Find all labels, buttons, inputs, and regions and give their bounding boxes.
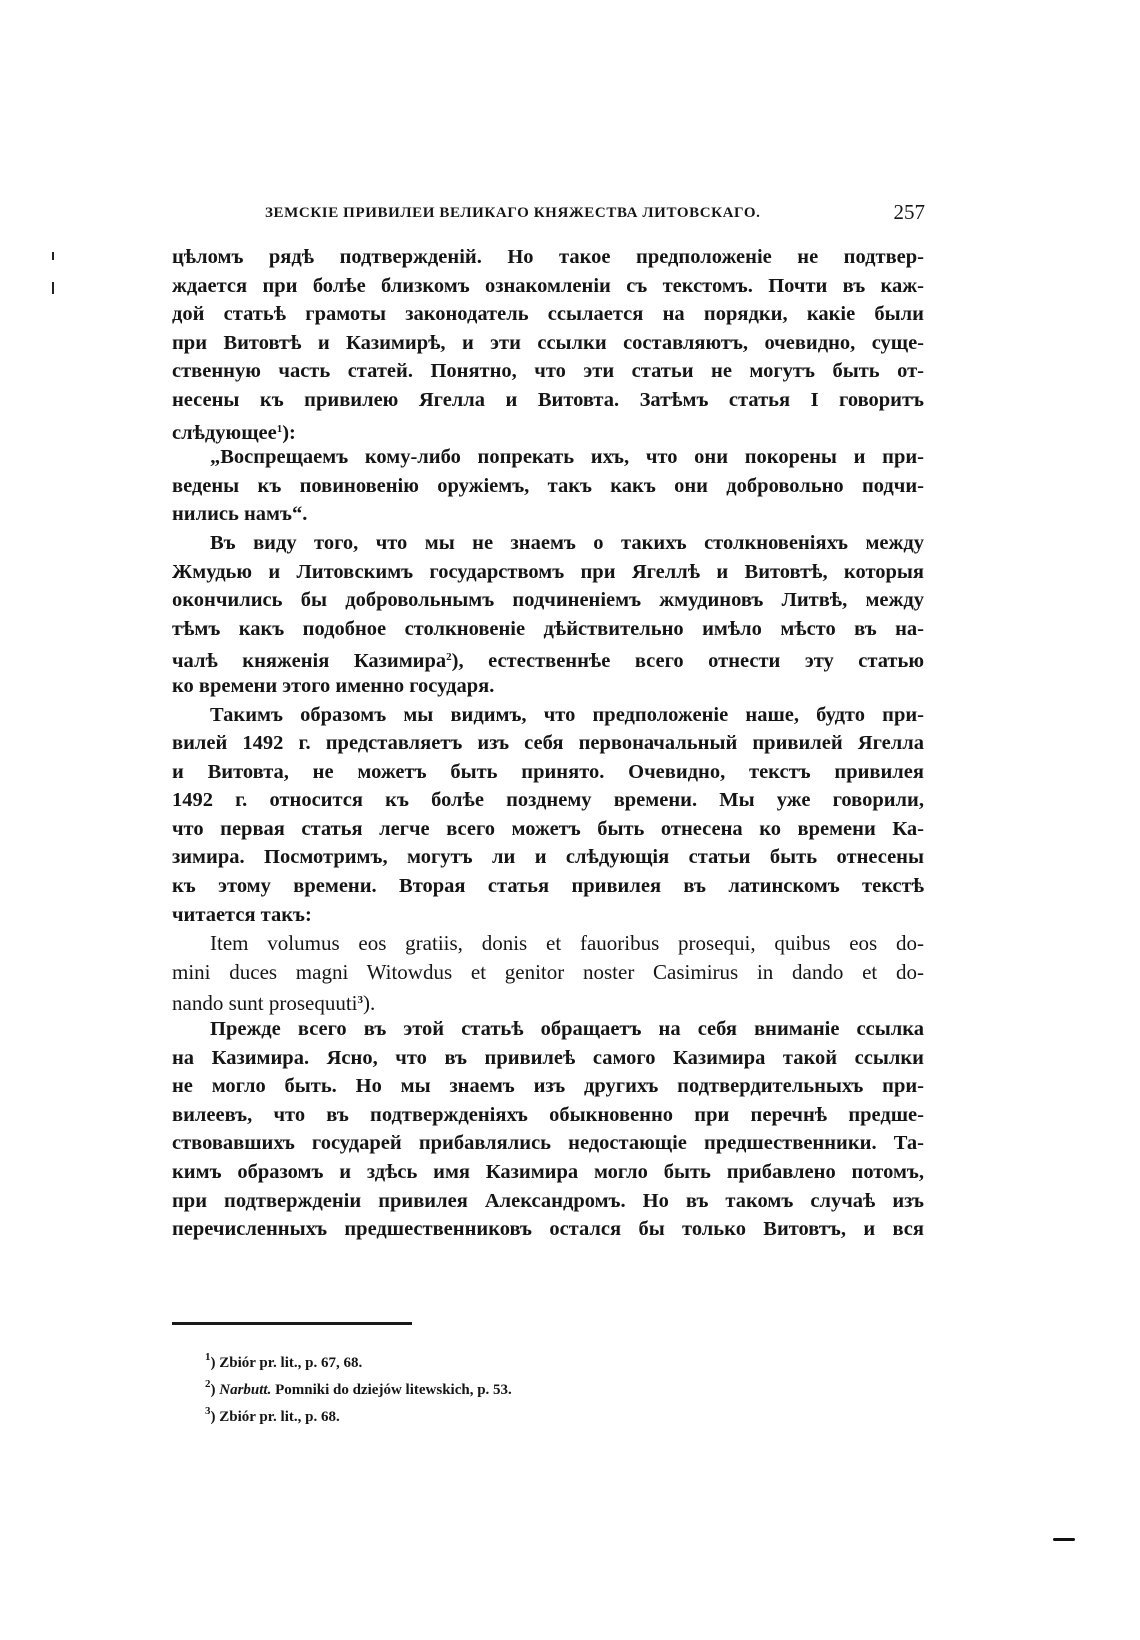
text-line: Въ виду того, что мы не знаемъ о такихъ … [172,529,924,558]
text-line: несены къ привилею Ягелла и Витовта. Зат… [172,386,924,415]
line-text: mini duces magni Witowdus et genitor nos… [172,960,924,984]
line-text: 1492 г. относится къ болѣе позднему врем… [172,789,924,811]
line-text: при подтвержденіи привилея Александромъ.… [172,1190,924,1212]
line-text: ведены къ повиновенію оружіемъ, такъ как… [172,475,924,497]
line-text: слѣдующее [172,422,277,444]
text-line: что первая статья легче всего можетъ быт… [172,815,924,844]
text-line: ведены къ повиновенію оружіемъ, такъ как… [172,472,924,501]
line-text: ): [282,422,296,444]
margin-mark [52,282,54,294]
line-text: Жмудью и Литовскимъ государствомъ при Яг… [172,561,924,583]
footnotes: 1) Zbiór pr. lit., p. 67, 68.2) Narbutt.… [205,1347,512,1428]
line-text: кимъ образомъ и здѣсь имя Казимира могло… [172,1161,924,1183]
margin-mark [52,252,54,260]
footnote-author: Narbutt. [219,1382,271,1398]
text-line: чалѣ княженія Казимира2), естественнѣе в… [172,643,924,672]
text-line: Такимъ образомъ мы видимъ, что предполож… [172,701,924,730]
text-line: зимира. Посмотримъ, могутъ ли и слѣдующі… [172,843,924,872]
line-text: тѣмъ какъ подобное столкновеніе дѣйствит… [172,618,924,640]
text-line: при подтвержденіи привилея Александромъ.… [172,1187,924,1216]
line-text: что первая статья легче всего можетъ быт… [172,818,924,840]
line-text: къ этому времени. Вторая статья привилея… [172,875,924,897]
text-line: цѣломъ рядѣ подтвержденій. Но такое пред… [172,243,924,272]
text-line: Прежде всего въ этой статьѣ обращаетъ на… [172,1015,924,1044]
text-line: читается такъ: [172,901,924,930]
line-text: ственную часть статей. Понятно, что эти … [172,360,924,382]
footnote-marker: 2) [205,1382,219,1398]
text-line: тѣмъ какъ подобное столкновеніе дѣйствит… [172,615,924,644]
text-line: при Витовтѣ и Казимирѣ, и эти ссылки сос… [172,329,924,358]
footnote-marker: 1) [205,1355,219,1371]
text-line: перечисленныхъ предшественниковъ остался… [172,1215,924,1244]
text-line: дой статьѣ грамоты законодатель ссылаетс… [172,300,924,329]
footnote: 3) Zbiór pr. lit., p. 68. [205,1401,512,1428]
text-line: nando sunt prosequuti3). [172,986,924,1015]
text-line: Жмудью и Литовскимъ государствомъ при Яг… [172,558,924,587]
scan-mark [1053,1538,1075,1541]
text-line: mini duces magni Witowdus et genitor nos… [172,958,924,987]
footnote-text: Zbiór pr. lit., p. 68. [219,1409,339,1425]
line-text: Item volumus eos gratiis, donis et fauor… [210,931,924,955]
line-text: и Витовта, не можетъ быть принято. Очеви… [172,761,924,783]
page-number: 257 [894,200,926,225]
line-text: не могло быть. Но мы знаемъ изъ другихъ … [172,1075,924,1097]
text-line: вилеевъ, что въ подтвержденіяхъ обыкнове… [172,1101,924,1130]
line-text: зимира. Посмотримъ, могутъ ли и слѣдующі… [172,846,924,868]
line-text: читается такъ: [172,904,312,926]
footnote-divider [172,1322,412,1325]
text-line: вилей 1492 г. представляетъ изъ себя пер… [172,729,924,758]
text-line: ждается при болѣе близкомъ ознакомленіи … [172,272,924,301]
footnote-text: Pomniki do dziejów litewskich, p. 53. [271,1382,511,1398]
line-text: при Витовтѣ и Казимирѣ, и эти ссылки сос… [172,332,924,354]
line-text: Прежде всего въ этой статьѣ обращаетъ на… [210,1018,924,1040]
footnote: 1) Zbiór pr. lit., p. 67, 68. [205,1347,512,1374]
footnote-marker: 3) [205,1409,219,1425]
text-line: кимъ образомъ и здѣсь имя Казимира могло… [172,1158,924,1187]
text-line: не могло быть. Но мы знаемъ изъ другихъ … [172,1072,924,1101]
line-text: Такимъ образомъ мы видимъ, что предполож… [210,704,924,726]
line-text: на Казимира. Ясно, что въ привилеѣ самог… [172,1047,924,1069]
line-text: окончились бы добровольнымъ подчиненіемъ… [172,589,924,611]
line-text: Въ виду того, что мы не знаемъ о такихъ … [210,532,924,554]
line-text: ). [363,991,375,1015]
line-text: ), естественнѣе всего отнести эту статью [452,650,924,672]
text-line: Item volumus eos gratiis, donis et fauor… [172,929,924,958]
line-text: ждается при болѣе близкомъ ознакомленіи … [172,275,924,297]
text-line: ствовавшихъ государей прибавлялись недос… [172,1129,924,1158]
page-header: Земскіе привилеи великаго княжества лито… [265,200,925,230]
footnote: 2) Narbutt. Pomniki do dziejów litewskic… [205,1374,512,1401]
line-text: вилей 1492 г. представляетъ изъ себя пер… [172,732,924,754]
text-line: ко времени этого именно государя. [172,672,924,701]
line-text: ствовавшихъ государей прибавлялись недос… [172,1132,924,1154]
text-line: и Витовта, не можетъ быть принято. Очеви… [172,758,924,787]
line-text: дой статьѣ грамоты законодатель ссылаетс… [172,303,924,325]
text-line: на Казимира. Ясно, что въ привилеѣ самог… [172,1044,924,1073]
line-text: ко времени этого именно государя. [172,675,494,697]
line-text: нились намъ“. [172,503,307,525]
text-line: окончились бы добровольнымъ подчиненіемъ… [172,586,924,615]
line-text: nando sunt prosequuti [172,991,357,1015]
line-text: несены къ привилею Ягелла и Витовта. Зат… [172,389,924,411]
line-text: вилеевъ, что въ подтвержденіяхъ обыкнове… [172,1104,924,1126]
line-text: перечисленныхъ предшественниковъ остался… [172,1218,924,1240]
text-line: слѣдующее1): [172,415,924,444]
text-line: 1492 г. относится къ болѣе позднему врем… [172,786,924,815]
text-line: „Воспрещаемъ кому-либо попрекать ихъ, чт… [172,443,924,472]
body-text: цѣломъ рядѣ подтвержденій. Но такое пред… [172,243,924,1244]
text-line: нились намъ“. [172,500,924,529]
text-line: ственную часть статей. Понятно, что эти … [172,357,924,386]
footnote-text: Zbiór pr. lit., p. 67, 68. [219,1355,362,1371]
line-text: „Воспрещаемъ кому-либо попрекать ихъ, чт… [210,446,924,468]
running-title: Земскіе привилеи великаго княжества лито… [265,205,760,222]
line-text: чалѣ княженія Казимира [172,650,446,672]
line-text: цѣломъ рядѣ подтвержденій. Но такое пред… [172,246,924,268]
text-line: къ этому времени. Вторая статья привилея… [172,872,924,901]
